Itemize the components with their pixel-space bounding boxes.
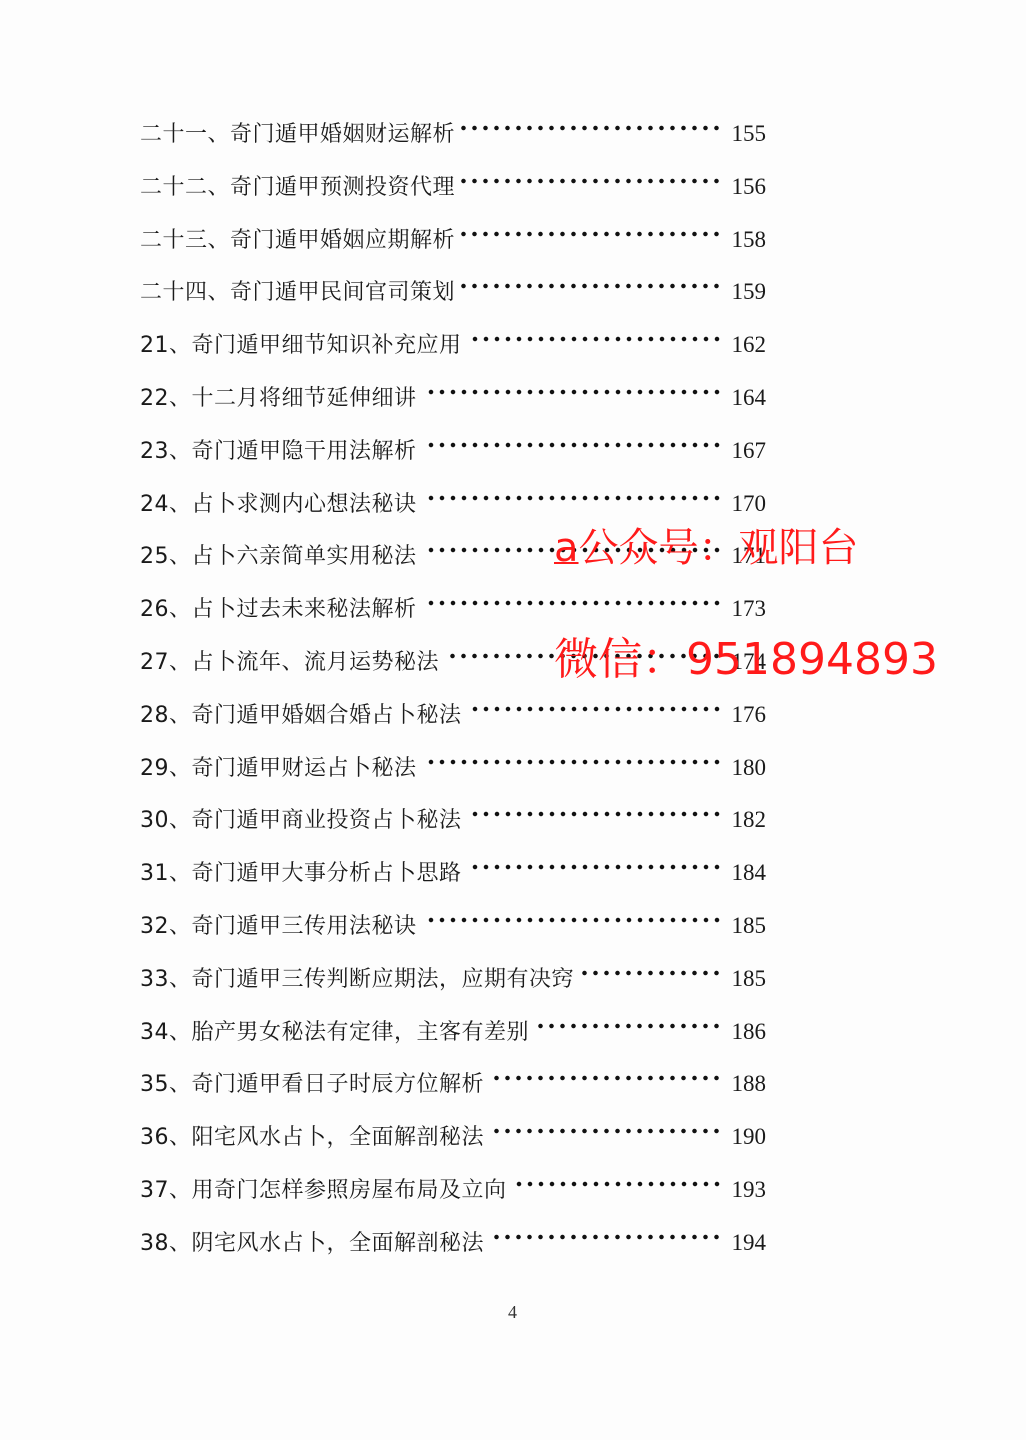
page-number: 4: [508, 1302, 517, 1323]
toc-entry-page: 159: [726, 270, 766, 314]
toc-entry[interactable]: 37、用奇门怎样参照房屋布局及立向193: [140, 1168, 766, 1221]
toc-leader-dots: [461, 276, 722, 296]
toc-leader-dots: [468, 804, 723, 824]
toc-entry-page: 188: [726, 1062, 766, 1106]
toc-leader-dots: [423, 752, 723, 772]
toc-entry-page: 180: [726, 746, 766, 790]
toc-entry-title: 22、十二月将细节延伸细讲: [140, 377, 417, 421]
toc-entry[interactable]: 二十四、奇门遁甲民间官司策划159: [140, 270, 766, 323]
toc-entry-title: 二十三、奇门遁甲婚姻应期解析: [140, 219, 455, 263]
toc-leader-dots: [513, 1174, 723, 1194]
toc-leader-dots: [461, 171, 722, 191]
toc-entry[interactable]: 二十二、奇门遁甲预测投资代理156: [140, 165, 766, 218]
toc-leader-dots: [490, 1121, 722, 1141]
toc-entry-page: 190: [726, 1115, 766, 1159]
toc-entry[interactable]: 32、奇门遁甲三传用法秘诀185: [140, 904, 766, 957]
toc-entry-page: 173: [726, 587, 766, 631]
toc-entry-page: 164: [726, 376, 766, 420]
toc-leader-dots: [461, 118, 722, 138]
watermark-account-text: 公众号：观阳台: [579, 525, 859, 571]
toc-entry[interactable]: 23、奇门遁甲隐干用法解析167: [140, 429, 766, 482]
toc-entry-page: 182: [726, 798, 766, 842]
watermark-prefix: a: [554, 525, 579, 571]
toc-entry-page: 194: [726, 1221, 766, 1265]
document-page: 二十一、奇门遁甲婚姻财运解析155二十二、奇门遁甲预测投资代理156二十三、奇门…: [0, 0, 1026, 1440]
toc-entry[interactable]: 36、阳宅风水占卜，全面解剖秘法190: [140, 1115, 766, 1168]
toc-leader-dots: [490, 1227, 722, 1247]
toc-entry-title: 28、奇门遁甲婚姻合婚占卜秘法: [140, 694, 462, 738]
toc-entry-title: 32、奇门遁甲三传用法秘诀: [140, 905, 417, 949]
toc-leader-dots: [423, 593, 723, 613]
toc-entry[interactable]: 22、十二月将细节延伸细讲164: [140, 376, 766, 429]
toc-entry-page: 156: [726, 165, 766, 209]
toc-entry[interactable]: 33、奇门遁甲三传判断应期法，应期有决窍185: [140, 957, 766, 1010]
toc-leader-dots: [423, 488, 723, 508]
toc-entry[interactable]: 38、阴宅风水占卜，全面解剖秘法194: [140, 1221, 766, 1274]
toc-entry-title: 二十四、奇门遁甲民间官司策划: [140, 271, 455, 315]
toc-entry[interactable]: 26、占卜过去未来秘法解析173: [140, 587, 766, 640]
toc-entry[interactable]: 二十一、奇门遁甲婚姻财运解析155: [140, 112, 766, 165]
toc-entry[interactable]: 28、奇门遁甲婚姻合婚占卜秘法176: [140, 693, 766, 746]
toc-entry-page: 167: [726, 429, 766, 473]
toc-entry-page: 155: [726, 112, 766, 156]
toc-entry-title: 38、阴宅风水占卜，全面解剖秘法: [140, 1222, 484, 1266]
toc-entry-title: 21、奇门遁甲细节知识补充应用: [140, 324, 462, 368]
toc-entry-page: 158: [726, 218, 766, 262]
toc-leader-dots: [468, 699, 723, 719]
toc-entry-page: 176: [726, 693, 766, 737]
toc-entry-title: 27、占卜流年、流月运势秘法: [140, 641, 439, 685]
toc-entry-title: 35、奇门遁甲看日子时辰方位解析: [140, 1063, 484, 1107]
table-of-contents: 二十一、奇门遁甲婚姻财运解析155二十二、奇门遁甲预测投资代理156二十三、奇门…: [140, 112, 766, 1274]
toc-entry-title: 24、占卜求测内心想法秘诀: [140, 483, 417, 527]
toc-leader-dots: [423, 382, 723, 402]
toc-entry-page: 185: [726, 957, 766, 1001]
toc-entry-title: 36、阳宅风水占卜，全面解剖秘法: [140, 1116, 484, 1160]
toc-entry-title: 29、奇门遁甲财运占卜秘法: [140, 747, 417, 791]
toc-leader-dots: [423, 910, 723, 930]
toc-entry-page: 170: [726, 482, 766, 526]
toc-entry-title: 34、胎产男女秘法有定律，主客有差别: [140, 1011, 529, 1055]
watermark-wechat-account: a公众号：观阳台: [554, 528, 859, 568]
toc-entry[interactable]: 21、奇门遁甲细节知识补充应用162: [140, 323, 766, 376]
toc-entry-title: 31、奇门遁甲大事分析占卜思路: [140, 852, 462, 896]
toc-entry-page: 193: [726, 1168, 766, 1212]
toc-entry-page: 184: [726, 851, 766, 895]
toc-leader-dots: [490, 1068, 722, 1088]
toc-entry-page: 162: [726, 323, 766, 367]
toc-entry[interactable]: 30、奇门遁甲商业投资占卜秘法182: [140, 798, 766, 851]
toc-entry-title: 30、奇门遁甲商业投资占卜秘法: [140, 799, 462, 843]
toc-entry[interactable]: 二十三、奇门遁甲婚姻应期解析158: [140, 218, 766, 271]
watermark-wechat-text: 微信：951894893: [554, 634, 938, 685]
toc-leader-dots: [468, 857, 723, 877]
toc-leader-dots: [535, 1016, 722, 1036]
toc-entry-title: 33、奇门遁甲三传判断应期法，应期有决窍: [140, 958, 574, 1002]
toc-entry-title: 二十二、奇门遁甲预测投资代理: [140, 166, 455, 210]
toc-entry[interactable]: 29、奇门遁甲财运占卜秘法180: [140, 746, 766, 799]
toc-entry[interactable]: 31、奇门遁甲大事分析占卜思路184: [140, 851, 766, 904]
toc-leader-dots: [461, 224, 722, 244]
toc-entry[interactable]: 35、奇门遁甲看日子时辰方位解析188: [140, 1062, 766, 1115]
watermark-wechat-id: 微信：951894893: [554, 638, 938, 682]
toc-entry-page: 185: [726, 904, 766, 948]
toc-entry-title: 二十一、奇门遁甲婚姻财运解析: [140, 113, 455, 157]
toc-entry-title: 26、占卜过去未来秘法解析: [140, 588, 417, 632]
toc-leader-dots: [580, 963, 722, 983]
toc-leader-dots: [468, 329, 723, 349]
toc-leader-dots: [423, 435, 723, 455]
toc-entry-page: 186: [726, 1010, 766, 1054]
toc-entry[interactable]: 34、胎产男女秘法有定律，主客有差别186: [140, 1010, 766, 1063]
toc-entry-title: 25、占卜六亲简单实用秘法: [140, 535, 417, 579]
toc-entry-title: 37、用奇门怎样参照房屋布局及立向: [140, 1169, 507, 1213]
toc-entry-title: 23、奇门遁甲隐干用法解析: [140, 430, 417, 474]
